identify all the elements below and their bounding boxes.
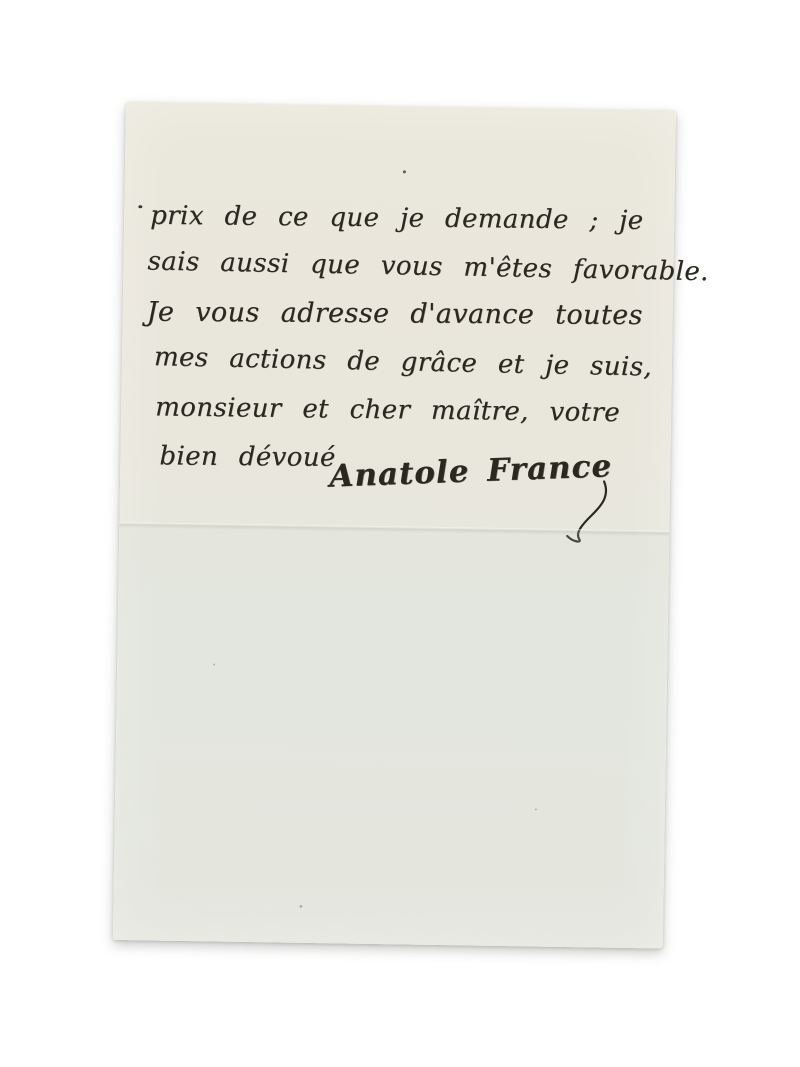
letter-line: monsieur et cher maître, votre — [155, 383, 672, 437]
paper-sheet: prix de ce que je demande ; je sais auss… — [113, 102, 676, 949]
letter-line: prix de ce que je demande ; je — [150, 192, 674, 245]
signature-row: Anatole France — [120, 442, 671, 499]
signature: Anatole France — [328, 442, 613, 500]
letter-photo: prix de ce que je demande ; je sais auss… — [0, 0, 800, 1067]
ink-dot — [403, 170, 406, 173]
letter-line: sais aussi que vous m'êtes favorable. — [147, 237, 674, 295]
letter-line: mes actions de grâce et je suis, — [153, 333, 672, 392]
letter-line: Je vous adresse d'avance toutes — [147, 289, 673, 341]
paper-speck — [535, 809, 537, 811]
letter-text-block: prix de ce que je demande ; je sais auss… — [120, 190, 675, 499]
paper-lower-half — [113, 525, 669, 949]
paper-speck — [299, 905, 302, 908]
paper-speck — [213, 663, 215, 665]
fold-crease — [119, 522, 669, 537]
